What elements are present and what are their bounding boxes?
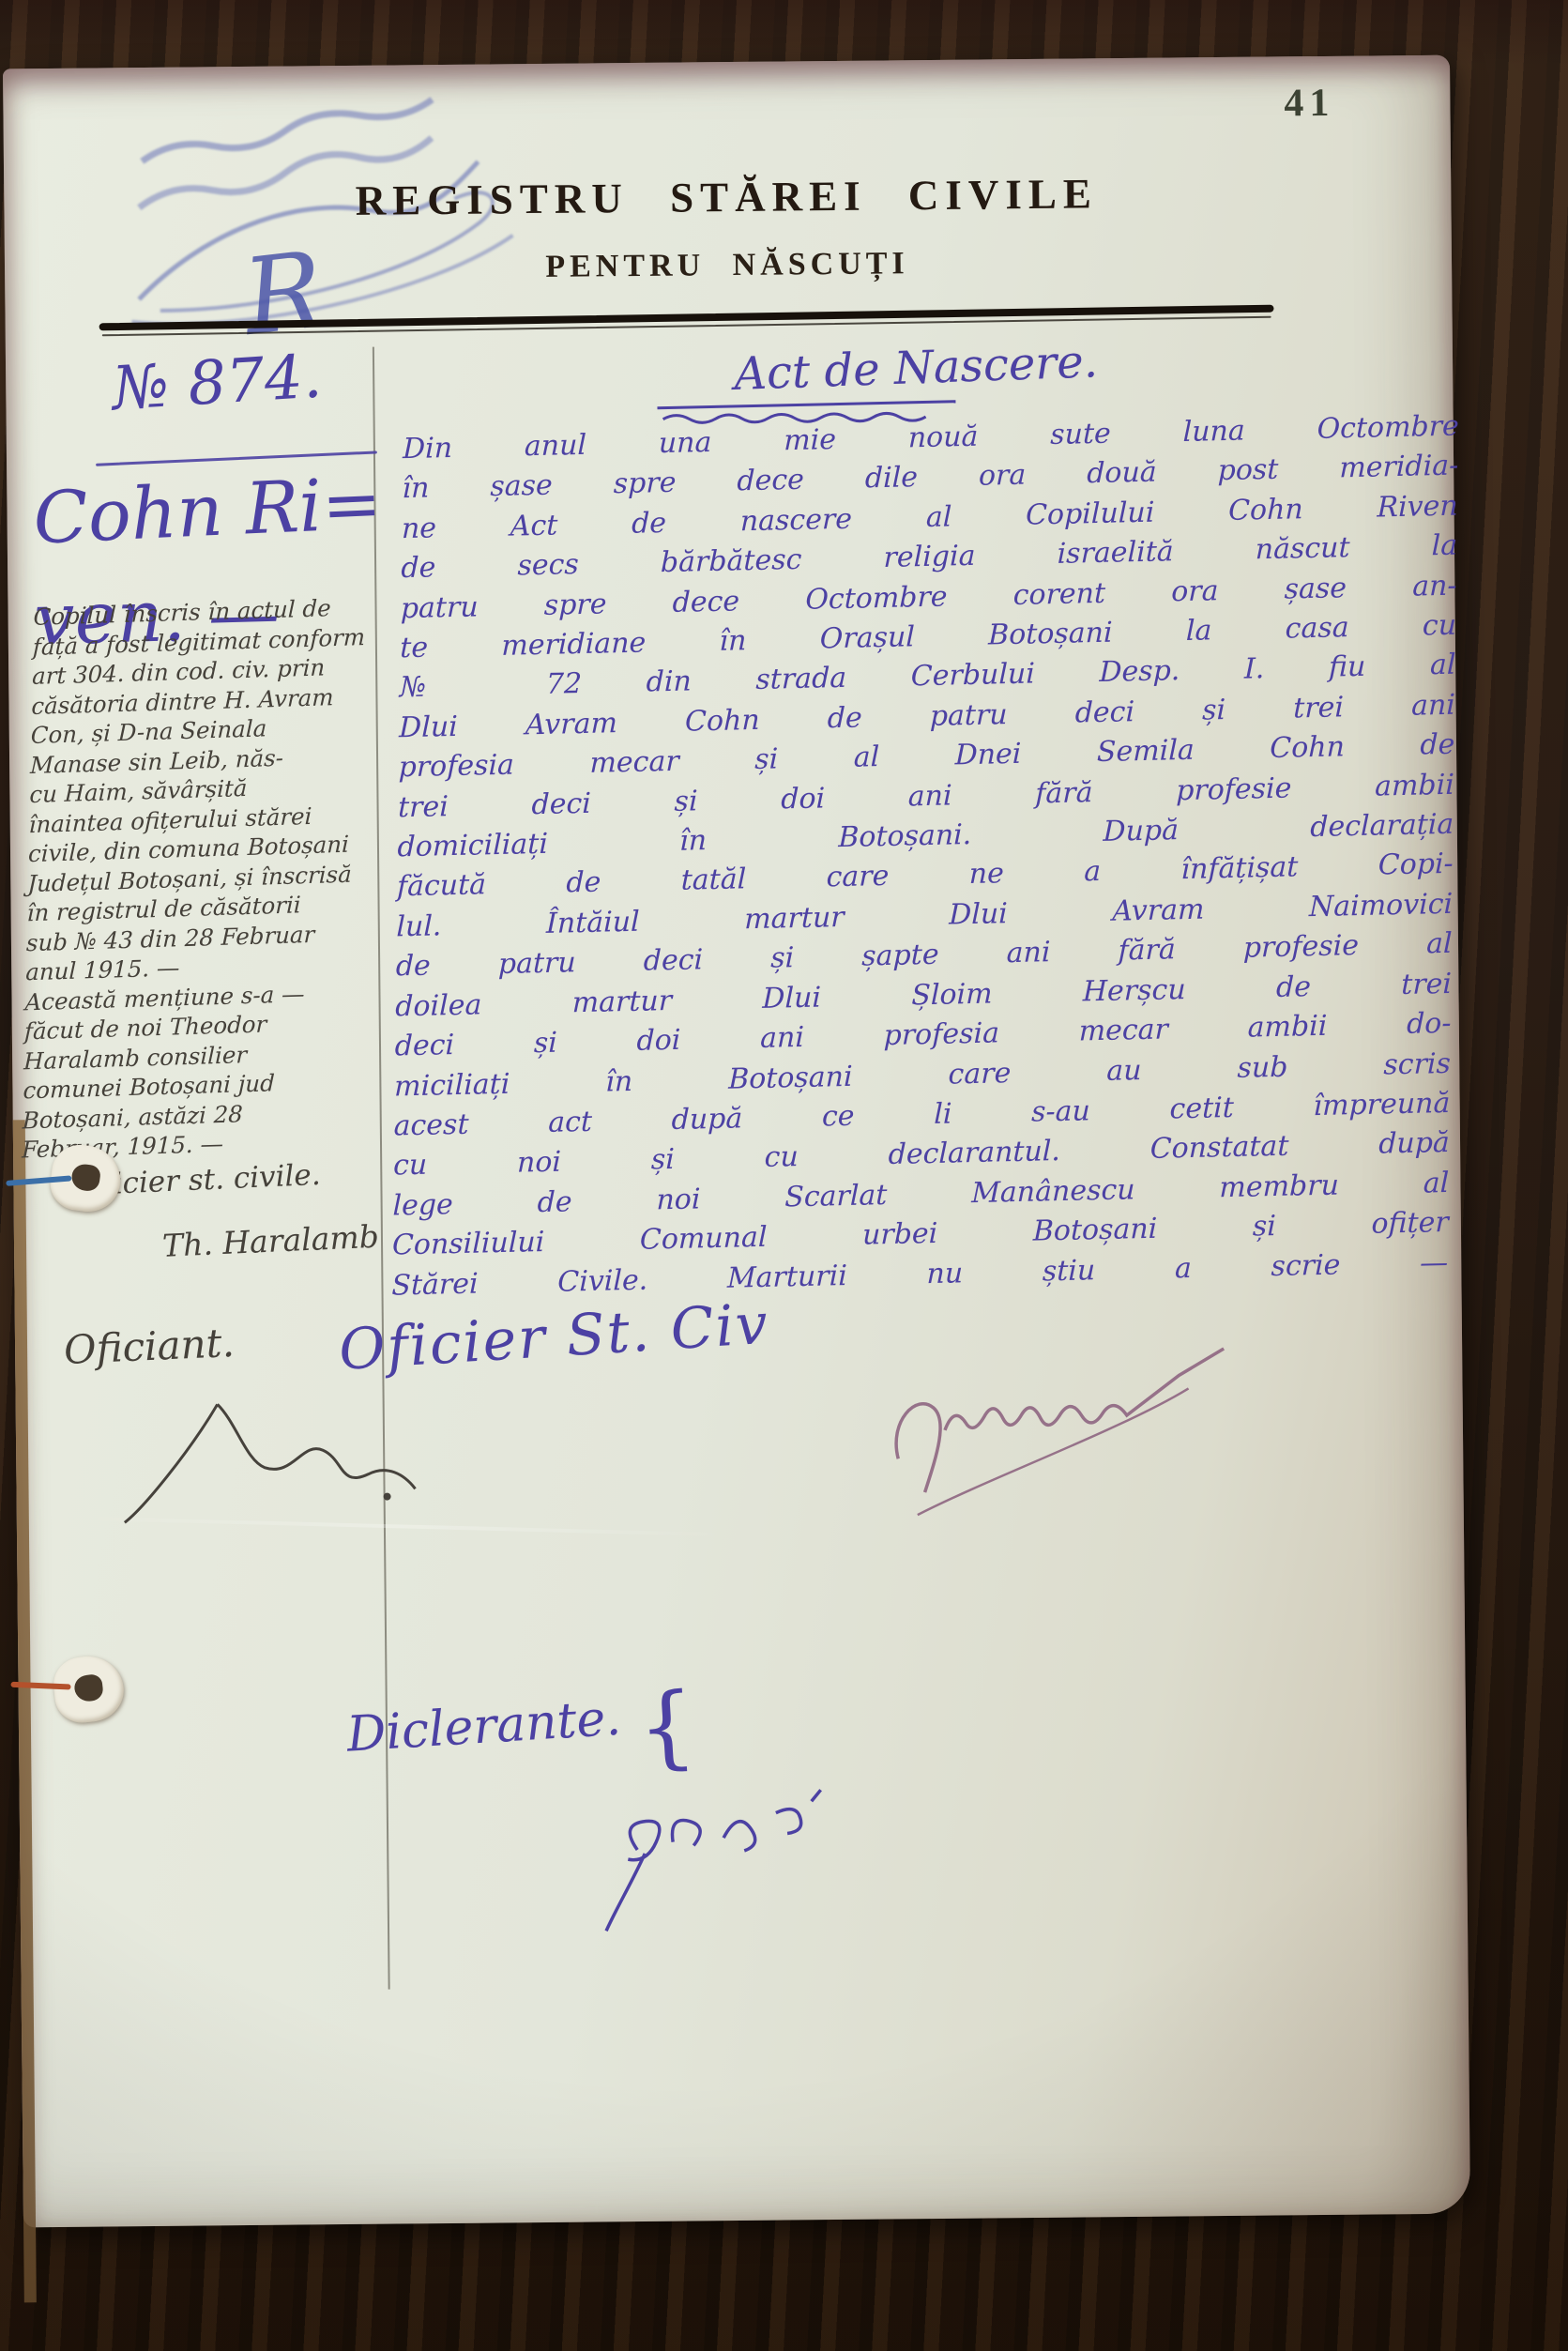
document-page: R 41 REGISTRU STĂREI CIVILE PENTRU NĂSCU… [3, 55, 1470, 2228]
handwritten-r-mark: R [237, 229, 330, 359]
act-number: № 874. [55, 339, 378, 428]
child-name-line-1: Cohn Ri= [32, 461, 384, 559]
wood-table-background: { "photo": { "page_number": "41" }, "hea… [0, 0, 1568, 2351]
declarant-label-text: Diclerante. [345, 1690, 623, 1763]
officer-signature-flourish-icon [878, 1315, 1256, 1534]
book-binding-edge [13, 1120, 37, 2302]
registry-title: REGISTRU STĂREI CIVILE [116, 167, 1336, 227]
margin-note: Copilul înscris în actul defață a fost l… [22, 591, 386, 1165]
page-number: 41 [1243, 80, 1375, 126]
oficiant-label: Oficiant. [63, 1320, 236, 1373]
act-body: Din anul una mie nouă sute luna Octombre… [391, 407, 1459, 1306]
declarant-signature-yiddish-icon [582, 1758, 846, 1939]
margin-officer-signature: Th. Haralamb [161, 1218, 379, 1264]
oficiant-signature-flourish-icon [104, 1383, 424, 1527]
